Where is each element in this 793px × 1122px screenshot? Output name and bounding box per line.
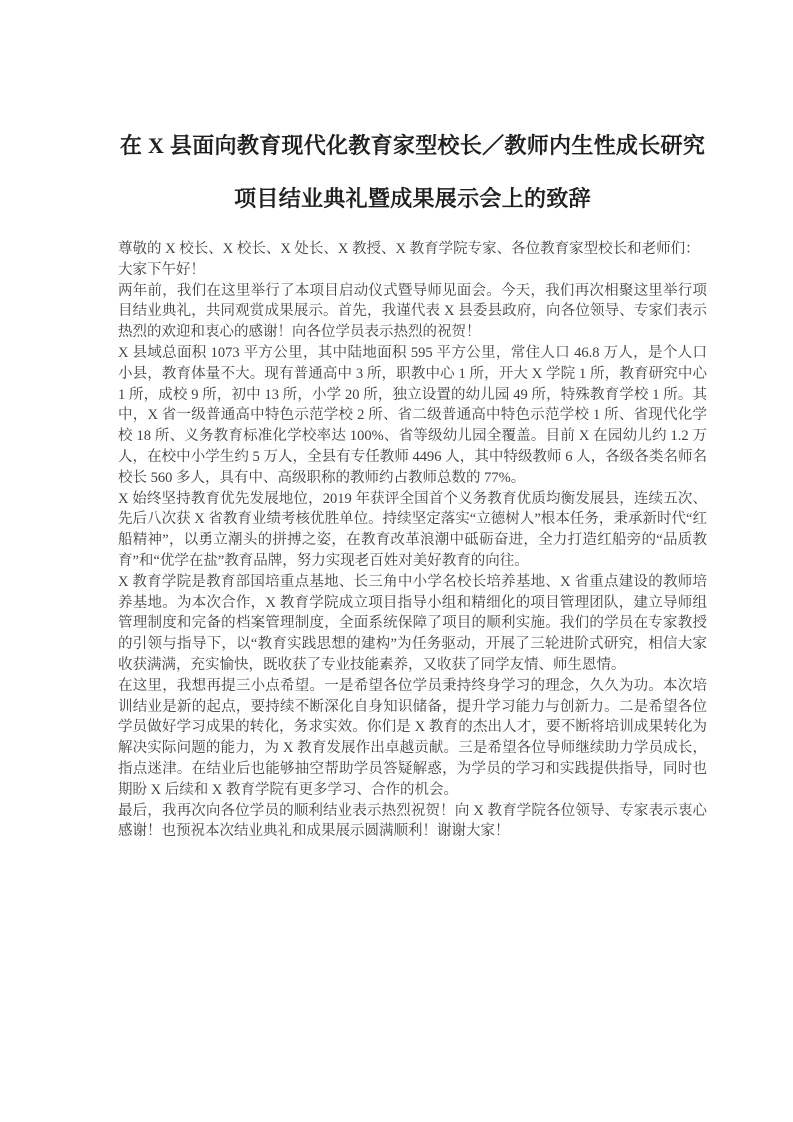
paragraph-greeting: 大家下午好！	[118, 260, 707, 281]
document-title-line-2: 项目结业典礼暨成果展示会上的致辞	[118, 172, 707, 225]
paragraph-closing: 最后，我再次向各位学员的顺利结业表示热烈祝贺！向 X 教育学院各位领导、专家表示…	[118, 801, 707, 843]
document-title: 在 X 县面向教育现代化教育家型校长／教师内生性成长研究 项目结业典礼暨成果展示…	[118, 119, 707, 225]
document-title-line-1: 在 X 县面向教育现代化教育家型校长／教师内生性成长研究	[118, 119, 707, 172]
paragraph-education-achievements: X 始终坚持教育优先发展地位，2019 年获评全国首个义务教育优质均衡发展县，连…	[118, 489, 707, 572]
paragraph-salutation: 尊敬的 X 校长、X 校长、X 处长、X 教授、X 教育学院专家、各位教育家型校…	[118, 239, 707, 260]
paragraph-institute-cooperation: X 教育学院是教育部国培重点基地、长三角中小学名校长培养基地、X 省重点建设的教…	[118, 572, 707, 676]
paragraph-opening: 两年前，我们在这里举行了本项目启动仪式暨导师见面会。今天，我们再次相聚这里举行项…	[118, 281, 707, 343]
document-page: 在 X 县面向教育现代化教育家型校长／教师内生性成长研究 项目结业典礼暨成果展示…	[0, 0, 793, 1122]
paragraph-county-overview: X 县域总面积 1073 平方公里，其中陆地面积 595 平方公里，常住人口 4…	[118, 343, 707, 489]
document-body: 尊敬的 X 校长、X 校长、X 处长、X 教授、X 教育学院专家、各位教育家型校…	[118, 239, 707, 842]
paragraph-three-hopes: 在这里，我想再提三小点希望。一是希望各位学员秉持终身学习的理念，久久为功。本次培…	[118, 676, 707, 801]
